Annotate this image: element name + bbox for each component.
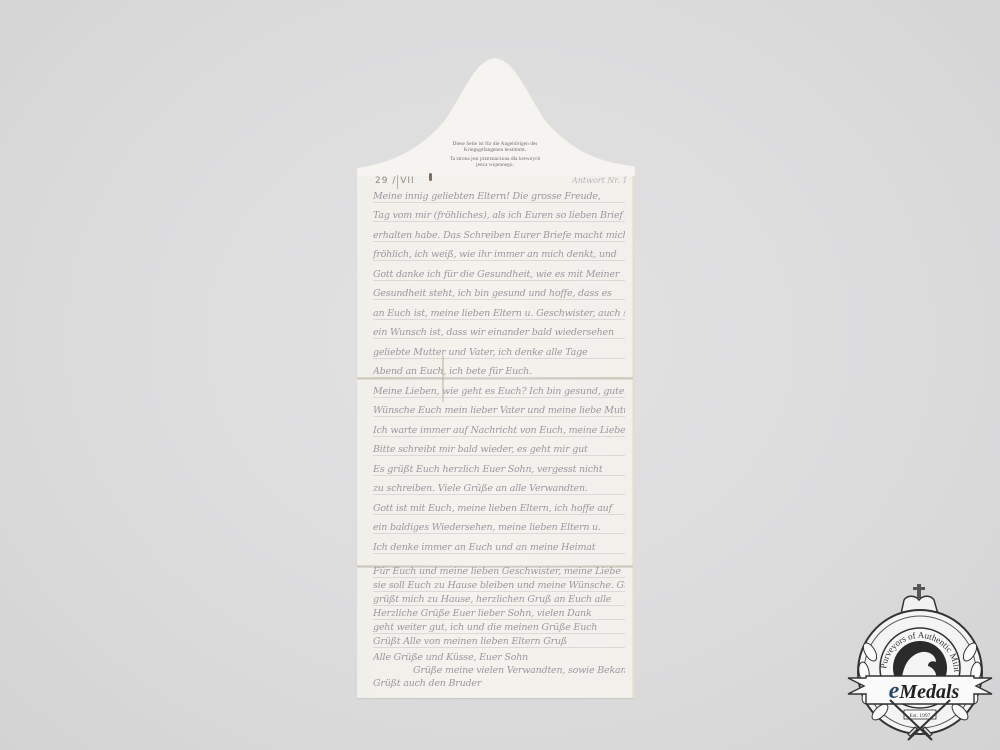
handwritten-line: Gesundheit steht, ich bin gesund und hof… bbox=[373, 283, 625, 303]
emedals-watermark-logo: Purveyors of Authentic Militaria Est. 19… bbox=[846, 582, 996, 746]
ink-blot bbox=[429, 173, 432, 181]
handwritten-line: Wünsche Euch mein lieber Vater und meine… bbox=[373, 400, 625, 420]
handwriting-block-1: Meine innig geliebten Eltern! Die grosse… bbox=[373, 185, 625, 380]
handwritten-line: Ich warte immer auf Nachricht von Euch, … bbox=[373, 419, 625, 439]
paper-edge bbox=[632, 176, 635, 378]
handwritten-line: Gott danke ich für die Gesundheit, wie e… bbox=[373, 263, 625, 283]
handwritten-line: Gott ist mit Euch, meine lieben Eltern, … bbox=[373, 497, 625, 517]
handwritten-line: sie soll Euch zu Hause bleiben und meine… bbox=[373, 580, 625, 594]
flap-printed-notice: Diese Seite ist für die Angehörigen des … bbox=[350, 141, 640, 168]
handwriting-block-3: Für Euch und meine lieben Geschwister, m… bbox=[373, 566, 625, 692]
handwritten-line: geht weiter gut, ich und die meinen Grüß… bbox=[373, 622, 625, 636]
letter-sheet: 29 / VII Antwort Nr. 1 Meine innig gelie… bbox=[357, 176, 633, 698]
handwritten-line: Grüßt auch den Bruder bbox=[373, 679, 625, 692]
corner-note: Antwort Nr. 1 bbox=[572, 176, 628, 185]
handwritten-line: Ich denke immer an Euch und an meine Hei… bbox=[373, 536, 625, 556]
paper-edge bbox=[632, 380, 635, 566]
handwritten-line: ein Wunsch ist, dass wir einander bald w… bbox=[373, 322, 625, 342]
emedals-crest-icon: Purveyors of Authentic Militaria Est. 19… bbox=[846, 582, 996, 746]
handwritten-line: an Euch ist, meine lieben Eltern u. Gesc… bbox=[373, 302, 625, 322]
handwritten-line: Meine innig geliebten Eltern! Die grosse… bbox=[373, 185, 625, 205]
handwritten-line: Herzliche Grüße Euer lieber Sohn, vielen… bbox=[373, 608, 625, 622]
logo-wordmark: eMedals bbox=[874, 678, 974, 705]
logo-wordmark-rest: Medals bbox=[899, 681, 959, 703]
handwritten-line: Für Euch und meine lieben Geschwister, m… bbox=[373, 566, 625, 580]
letter-panel-middle: Meine Lieben, wie geht es Euch? Ich bin … bbox=[357, 380, 633, 566]
handwritten-line: Grüße meine vielen Verwandten, sowie Bek… bbox=[373, 666, 625, 679]
handwriting-block-2: Meine Lieben, wie geht es Euch? Ich bin … bbox=[373, 380, 625, 556]
handwritten-line: Tag vom mir (fröhliches), als ich Euren … bbox=[373, 205, 625, 225]
handwritten-line: Es grüßt Euch herzlich Euer Sohn, verges… bbox=[373, 458, 625, 478]
paper-edge bbox=[632, 568, 635, 698]
letter-panel-bottom: Für Euch und meine lieben Geschwister, m… bbox=[357, 568, 633, 698]
handwritten-line: Alle Grüße und Küsse, Euer Sohn bbox=[373, 650, 625, 666]
letter-panel-top: 29 / VII Antwort Nr. 1 Meine innig gelie… bbox=[357, 176, 633, 378]
handwritten-line: Meine Lieben, wie geht es Euch? Ich bin … bbox=[373, 380, 625, 400]
handwritten-line: erhalten habe. Das Schreiben Eurer Brief… bbox=[373, 224, 625, 244]
notice-polish-line2: jeńca wojennego. bbox=[350, 162, 640, 168]
handwritten-line: Bitte schreibt mir bald wieder, es geht … bbox=[373, 439, 625, 459]
handwritten-line: geliebte Mutter und Vater, ich denke all… bbox=[373, 341, 625, 361]
logo-established: Est. 1997 bbox=[910, 713, 931, 719]
handwritten-line: Grüßt Alle von meinen lieben Eltern Gruß bbox=[373, 636, 625, 650]
handwritten-line: fröhlich, ich weiß, wie ihr immer an mic… bbox=[373, 244, 625, 264]
photo-stage: Diese Seite ist für die Angehörigen des … bbox=[0, 0, 1000, 750]
handwritten-line: zu schreiben. Viele Grüße an alle Verwan… bbox=[373, 478, 625, 498]
handwritten-line: ein baldiges Wiedersehen, meine lieben E… bbox=[373, 517, 625, 537]
letter-card-flap: Diese Seite ist für die Angehörigen des … bbox=[350, 50, 640, 180]
handwritten-line: Abend an Euch, ich bete für Euch. bbox=[373, 361, 625, 381]
handwritten-line: grüßt mich zu Hause, herzlichen Gruß an … bbox=[373, 594, 625, 608]
paper-crease bbox=[442, 356, 444, 380]
logo-wordmark-e: e bbox=[889, 678, 900, 704]
